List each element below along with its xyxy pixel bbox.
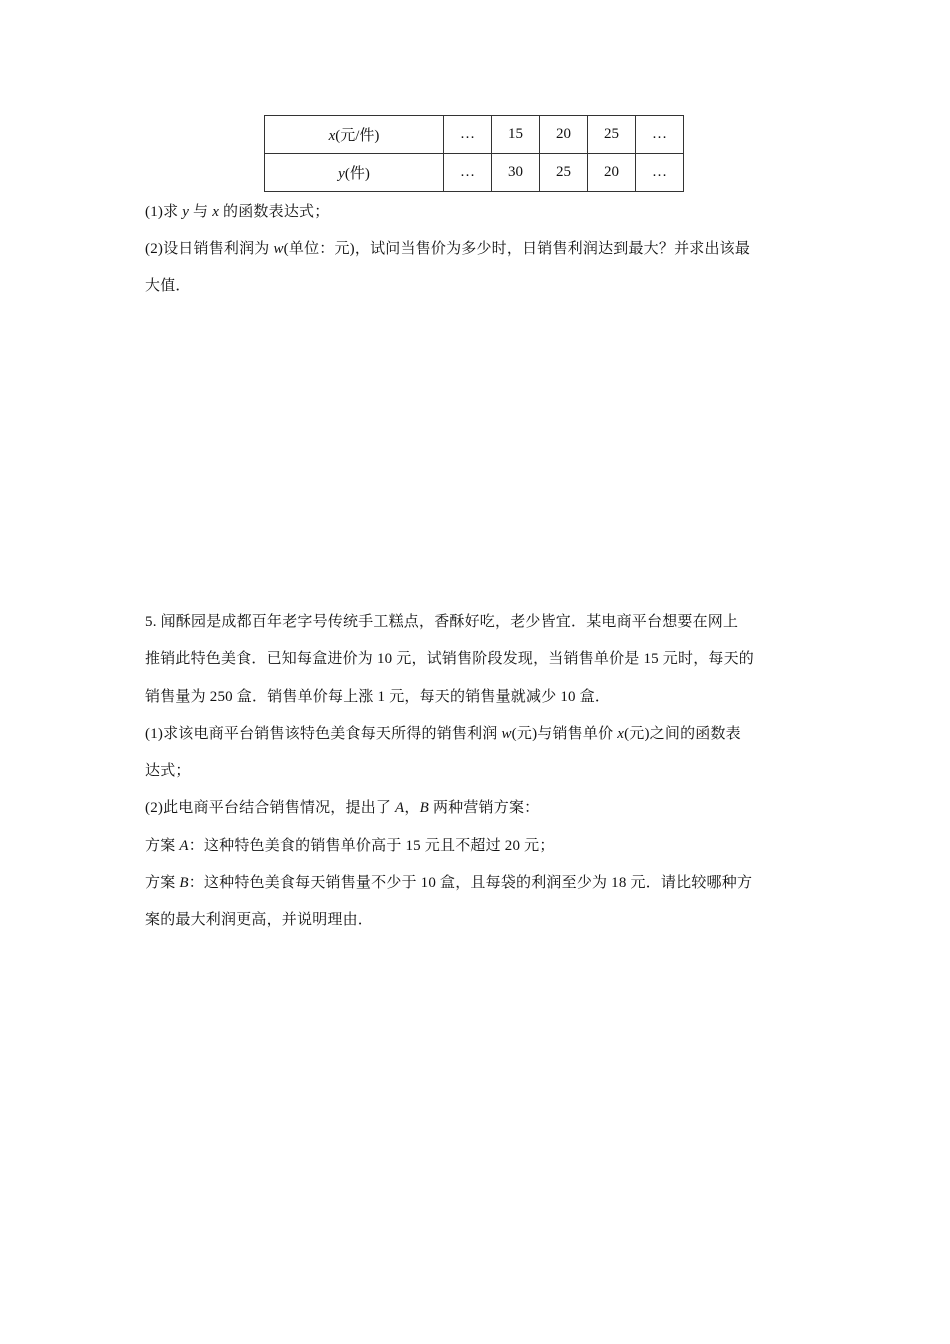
var-y: y (338, 166, 345, 182)
p5-stem-line-1: 5. 闻酥园是成都百年老字号传统手工糕点，香酥好吃，老少皆宜．某电商平台想要在网… (145, 612, 738, 632)
table-header-x: x(元/件) (265, 116, 444, 154)
table-cell: 25 (588, 116, 636, 154)
table-header-y: y(件) (265, 154, 444, 192)
table-row-x: x(元/件) … 15 20 25 … (265, 116, 684, 154)
unit-label: (元/件) (335, 128, 379, 144)
price-quantity-table: x(元/件) … 15 20 25 … y(件) … 30 25 20 … (264, 115, 684, 192)
text: (1)求该电商平台销售该特色美食每天所得的销售利润 (145, 726, 501, 742)
table-cell: 30 (492, 154, 540, 192)
table-cell: … (444, 116, 492, 154)
text: (2)设日销售利润为 (145, 241, 273, 257)
text: ， (404, 800, 419, 816)
p5-stem-line-2: 推销此特色美食．已知每盒进价为 10 元，试销售阶段发现，当销售单价是 15 元… (145, 649, 754, 669)
p5-stem-line-3: 销售量为 250 盒．销售单价每上涨 1 元，每天的销售量就减少 10 盒． (145, 687, 610, 707)
text: (单位：元)，试问当售价为多少时，日销售利润达到最大？并求出该最 (284, 241, 750, 257)
var: w (501, 726, 511, 742)
table-row-y: y(件) … 30 25 20 … (265, 154, 684, 192)
table-cell: … (636, 154, 684, 192)
text: (元)之间的函数表 (624, 726, 741, 742)
table-cell: 15 (492, 116, 540, 154)
text: (2)此电商平台结合销售情况，提出了 (145, 800, 395, 816)
table-cell: 20 (540, 116, 588, 154)
p4-question-1: (1)求 y 与 x 的函数表达式； (145, 202, 329, 222)
text: (元)与销售单价 (512, 726, 618, 742)
p4-question-2-line-1: (2)设日销售利润为 w(单位：元)，试问当售价为多少时，日销售利润达到最大？并… (145, 239, 750, 259)
text: 的函数表达式； (219, 204, 329, 220)
text: ：这种特色美食每天销售量不少于 10 盒，且每袋的利润至少为 18 元．请比较哪… (189, 875, 752, 891)
unit-label: (件) (345, 166, 370, 182)
document-page: x(元/件) … 15 20 25 … y(件) … 30 25 20 … (1… (0, 0, 950, 1344)
p5-plan-b-line-2: 案的最大利润更高，并说明理由． (145, 910, 373, 930)
text: 与 (189, 204, 212, 220)
p5-question-2: (2)此电商平台结合销售情况，提出了 A，B 两种营销方案： (145, 798, 539, 818)
p5-plan-a: 方案 A：这种特色美食的销售单价高于 15 元且不超过 20 元； (145, 836, 555, 856)
p5-question-1-line-1: (1)求该电商平台销售该特色美食每天所得的销售利润 w(元)与销售单价 x(元)… (145, 724, 741, 744)
var: B (179, 875, 188, 891)
text: 方案 (145, 875, 179, 891)
var: A (179, 838, 188, 854)
table-cell: … (636, 116, 684, 154)
text: 方案 (145, 838, 179, 854)
p5-question-1-line-2: 达式； (145, 761, 191, 781)
p4-question-2-line-2: 大值． (145, 276, 191, 296)
var: B (420, 800, 429, 816)
p5-plan-b-line-1: 方案 B：这种特色美食每天销售量不少于 10 盒，且每袋的利润至少为 18 元．… (145, 873, 752, 893)
text: (1)求 (145, 204, 182, 220)
table-cell: … (444, 154, 492, 192)
text: ：这种特色美食的销售单价高于 15 元且不超过 20 元； (189, 838, 555, 854)
text: 两种营销方案： (429, 800, 539, 816)
table-cell: 25 (540, 154, 588, 192)
var: w (273, 241, 283, 257)
table-cell: 20 (588, 154, 636, 192)
